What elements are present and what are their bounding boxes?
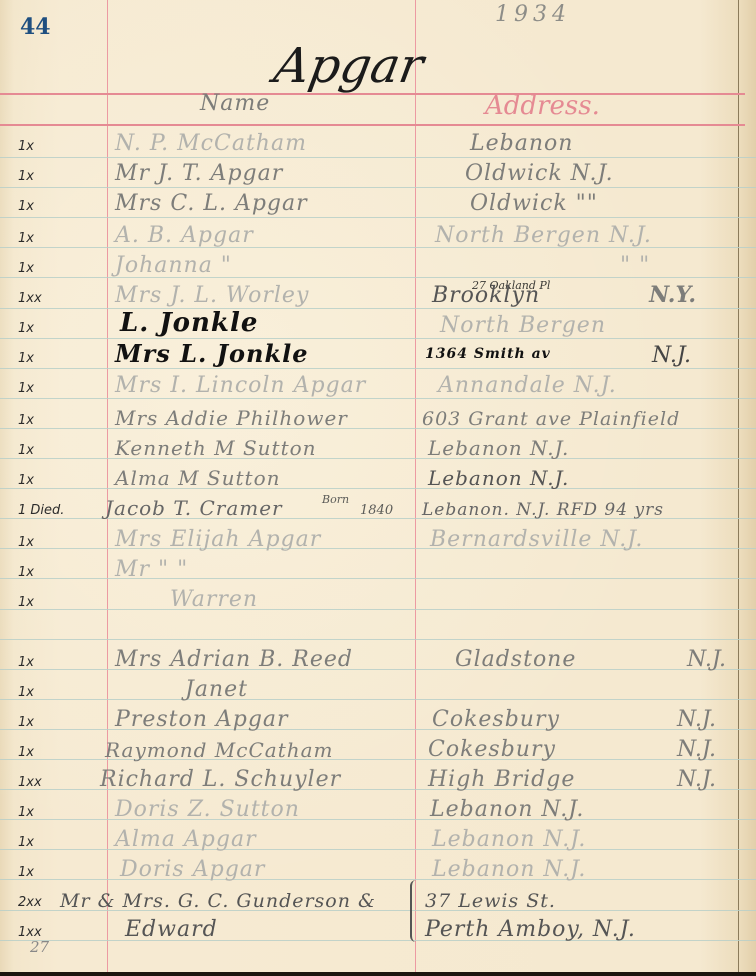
entry-mark: 1x [18,805,34,820]
entry-name: Mrs L. Jonkle [115,339,309,368]
entry-name: Raymond McCatham [105,738,334,762]
entry-address: Lebanon. N.J. RFD 94 yrs [422,500,664,520]
entry-mark: 1x [18,865,34,880]
page-number: 44 [20,14,51,40]
entry-row: 1x N. P. McCatham Lebanon [0,130,756,158]
entry-row: 1x Raymond McCatham Cokesbury N.J. [0,736,756,764]
entry-name: Mr J. T. Apgar [115,161,283,186]
born-label: Born [322,493,349,506]
entry-mark: 1x [18,351,34,366]
entry-mark: 1x [18,655,34,670]
entry-mark: 1xx [18,291,42,306]
entry-address: " " [620,253,650,278]
entry-row: 1x Mrs C. L. Apgar Oldwick "" [0,190,756,218]
entry-name: Janet [185,677,248,702]
entry-address: Lebanon [470,131,573,156]
entry-mark: 1x [18,231,34,246]
entry-row: 1x Warren [0,586,756,614]
entry-row: 1 Died. Jacob T. Cramer Born 1840 Lebano… [0,494,756,522]
entry-address: Bernardsville N.J. [430,527,643,552]
entry-row: 1x Alma M Sutton Lebanon N.J. [0,464,756,492]
entry-row: 1x Alma Apgar Lebanon N.J. [0,826,756,854]
entry-name: Richard L. Schuyler [100,767,341,792]
entry-row: 2xx Mr & Mrs. G. C. Gunderson & 37 Lewis… [0,886,756,914]
ledger-year: 1934 [495,2,571,27]
page-bottom-edge [0,972,756,976]
entry-row: 1xx Mrs J. L. Worley 27 Oakland Pl Brook… [0,282,756,310]
entry-mark: 1x [18,715,34,730]
entry-name: Warren [170,587,258,612]
entry-address: Oldwick "" [470,191,598,216]
entry-row: 1x Mrs I. Lincoln Apgar Annandale N.J. [0,372,756,400]
entry-address-state: N.J. [677,767,716,792]
entry-name: Alma M Sutton [115,466,281,490]
entry-address: Lebanon N.J. [430,797,584,822]
entry-name: Edward [125,917,218,942]
entry-row-blank [0,616,756,644]
entry-row: 1x Doris Apgar Lebanon N.J. [0,856,756,884]
entry-address: High Bridge [428,767,575,792]
entry-row: 1x Mrs Addie Philhower 603 Grant ave Pla… [0,404,756,432]
entry-row: 1x Mrs Elijah Apgar Bernardsville N.J. [0,526,756,554]
entry-mark: 1x [18,413,34,428]
entry-name: N. P. McCatham [115,131,307,156]
entry-name: Mrs Addie Philhower [115,406,348,430]
surname-heading: Apgar [270,38,428,94]
entry-name: Kenneth M Sutton [115,436,317,460]
entry-mark: 1x [18,835,34,850]
ledger-page: 44 1934 Apgar Name Address. 1x N. P. McC… [0,0,756,972]
entry-mark: 2xx [18,895,42,910]
entry-row: 1x Mrs L. Jonkle 1364 Smith av N.J. [0,342,756,370]
entry-address: 37 Lewis St. [425,890,556,912]
entry-address: North Bergen [440,313,606,338]
entry-address: North Bergen N.J. [435,223,652,248]
entry-address: Oldwick N.J. [465,161,614,186]
entry-name: Mrs C. L. Apgar [115,191,308,216]
entry-mark: 1x [18,443,34,458]
entry-mark: 1xx [18,775,42,790]
entry-mark: 1x [18,169,34,184]
entry-name: Mrs Adrian B. Reed [115,647,353,672]
entry-address: 1364 Smith av [425,346,551,362]
entry-address: Lebanon N.J. [428,436,569,460]
entry-address-state: N.J. [687,647,726,672]
entry-mark: 1x [18,745,34,760]
entry-name: Doris Apgar [120,857,265,882]
entry-address: 603 Grant ave Plainfield [422,408,680,430]
entry-count: 27 [30,938,49,956]
entry-row: 1x Janet [0,676,756,704]
entry-address-state: N.J. [677,707,716,732]
header-bottom-rule [0,124,745,126]
born-year: 1840 [360,503,393,518]
address-bracket [410,880,418,942]
entry-address: Cokesbury [428,737,556,762]
entry-row: 1x Preston Apgar Cokesbury N.J. [0,706,756,734]
entry-name: Alma Apgar [115,827,257,852]
entry-row: 1x Mr J. T. Apgar Oldwick N.J. [0,160,756,188]
entry-name: Mr " " [115,557,188,582]
entry-mark: 1x [18,321,34,336]
entry-row: 1xx Richard L. Schuyler High Bridge N.J. [0,766,756,794]
entry-row: 1x Mrs Adrian B. Reed Gladstone N.J. [0,646,756,674]
entry-address-state: N.J. [677,737,716,762]
address-column-header: Address. [485,91,600,121]
entry-address-state: N.Y. [649,282,696,308]
entry-row: 1x A. B. Apgar North Bergen N.J. [0,222,756,250]
entry-row: 1x Doris Z. Sutton Lebanon N.J. [0,796,756,824]
entry-name: Mrs Elijah Apgar [115,527,321,552]
entry-row: 1x Johanna " " " [0,252,756,280]
entry-mark: 1x [18,381,34,396]
entry-row: 1xx Edward Perth Amboy, N.J. [0,916,756,944]
entry-name: Jacob T. Cramer [105,496,283,520]
entry-name: Johanna " [115,253,232,278]
entry-name: Mrs J. L. Worley [115,283,309,308]
entry-name: Doris Z. Sutton [115,797,300,822]
entry-mark: 1x [18,261,34,276]
entry-name: Mrs I. Lincoln Apgar [115,373,366,398]
entry-mark: 1x [18,535,34,550]
entry-row: 1x Mr " " [0,556,756,584]
entry-name: Preston Apgar [115,707,289,732]
entry-mark: 1x [18,473,34,488]
entry-address: Annandale N.J. [438,373,617,398]
entry-row: 1x L. Jonkle North Bergen [0,312,756,340]
entry-name: Mr & Mrs. G. C. Gunderson & [60,890,376,912]
entry-mark: 1x [18,685,34,700]
entry-address: Lebanon N.J. [432,857,586,882]
entry-mark: 1x [18,199,34,214]
entry-address: Perth Amboy, N.J. [425,917,636,942]
entry-mark: 1 Died. [18,503,64,518]
entry-name: L. Jonkle [120,308,258,338]
entry-address-state: N.J. [652,343,691,368]
entry-mark: 1x [18,565,34,580]
entry-address: Lebanon N.J. [428,466,569,490]
entry-mark: 1x [18,139,34,154]
entry-address: Cokesbury [432,707,560,732]
entry-address: Lebanon N.J. [432,827,586,852]
entry-row: 1x Kenneth M Sutton Lebanon N.J. [0,434,756,462]
entry-address: Gladstone [455,647,576,672]
entry-mark: 1x [18,595,34,610]
entry-name: A. B. Apgar [115,223,254,248]
entry-address: Brooklyn [432,283,540,308]
